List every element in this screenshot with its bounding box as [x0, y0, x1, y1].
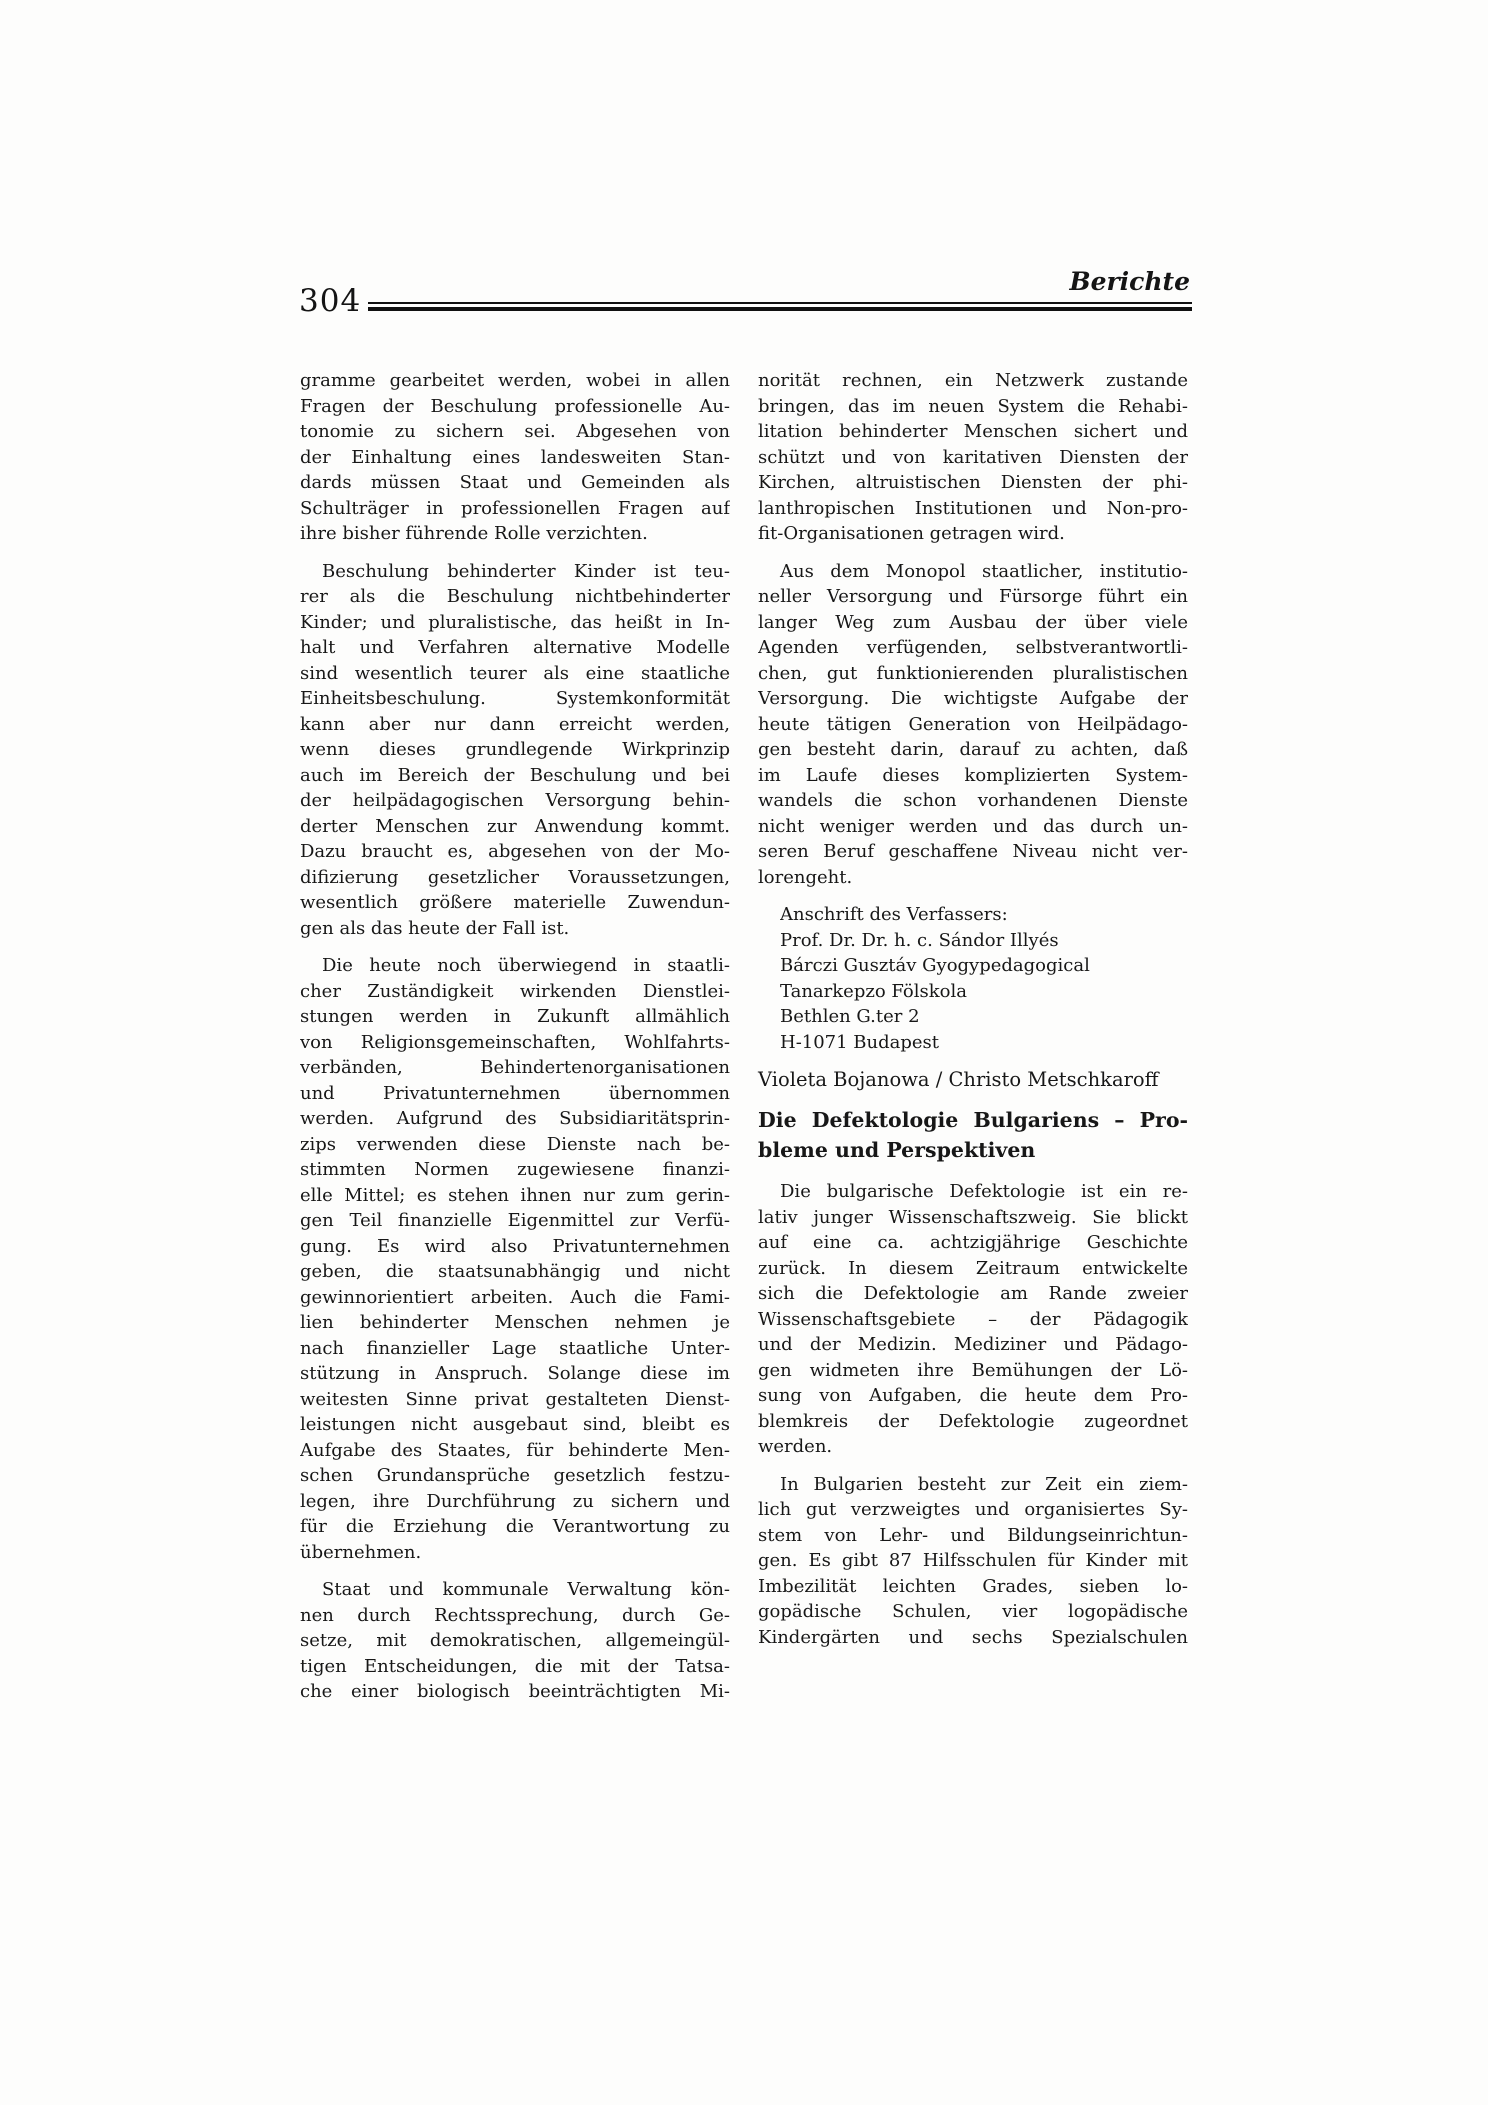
text-line: stungen werden in Zukunft allmählich [300, 1004, 730, 1030]
text-line: Staat und kommunale Verwaltung kön- [300, 1577, 730, 1603]
text-line: wesentlich größere materielle Zuwendun- [300, 890, 730, 916]
text-line: rer als die Beschulung nichtbehinderter [300, 584, 730, 610]
text-line: wenn dieses grundlegende Wirkprinzip [300, 737, 730, 763]
text-line: von Religionsgemeinschaften, Wohlfahrts- [300, 1030, 730, 1056]
text-line: wandels die schon vorhandenen Dienste [758, 788, 1188, 814]
paragraph: Beschulung behinderter Kinder ist teu-re… [300, 559, 730, 942]
text-line: gung. Es wird also Privatunternehmen [300, 1234, 730, 1260]
text-line: werden. Aufgrund des Subsidiaritätsprin- [300, 1106, 730, 1132]
text-line: Die bulgarische Defektologie ist ein re- [758, 1179, 1188, 1205]
text-line: elle Mittel; es stehen ihnen nur zum ger… [300, 1183, 730, 1209]
text-line: lorengeht. [758, 865, 1188, 891]
running-head: Berichte [1069, 268, 1190, 296]
text-line: Kirchen, altruistischen Diensten der phi… [758, 470, 1188, 496]
text-line: Prof. Dr. Dr. h. c. Sándor Illyés [780, 928, 1188, 954]
text-line: Agenden verfügenden, selbstverantwortli- [758, 635, 1188, 661]
text-line: dards müssen Staat und Gemeinden als [300, 470, 730, 496]
text-line: und Privatunternehmen übernommen [300, 1081, 730, 1107]
text-line: auf eine ca. achtzigjährige Geschichte [758, 1230, 1188, 1256]
text-line: Beschulung behinderter Kinder ist teu- [300, 559, 730, 585]
text-line: werden. [758, 1434, 1188, 1460]
text-line: Kinder; und pluralistische, das heißt in… [300, 610, 730, 636]
text-line: gramme gearbeitet werden, wobei in allen [300, 368, 730, 394]
text-line: Aufgabe des Staates, für behinderte Men- [300, 1438, 730, 1464]
paragraph: norität rechnen, ein Netzwerk zustandebr… [758, 368, 1188, 547]
text-line: gen widmeten ihre Bemühungen der Lö- [758, 1358, 1188, 1384]
text-line: stem von Lehr- und Bildungseinrichtun- [758, 1523, 1188, 1549]
journal-page-scan: 304 Berichte gramme gearbeitet werden, w… [0, 0, 1488, 2105]
text-line: H-1071 Budapest [780, 1030, 1188, 1056]
text-line: Wissenschaftsgebiete – der Pädagogik [758, 1307, 1188, 1333]
text-line: im Laufe dieses komplizierten System- [758, 763, 1188, 789]
paragraph: gramme gearbeitet werden, wobei in allen… [300, 368, 730, 547]
text-line: zurück. In diesem Zeitraum entwickelte [758, 1256, 1188, 1282]
text-line: zips verwenden diese Dienste nach be- [300, 1132, 730, 1158]
text-line: Anschrift des Verfassers: [780, 902, 1188, 928]
text-line: seren Beruf geschaffene Niveau nicht ver… [758, 839, 1188, 865]
text-line: Tanarkepzo Fölskola [780, 979, 1188, 1005]
text-line: gen. Es gibt 87 Hilfsschulen für Kinder … [758, 1548, 1188, 1574]
text-line: Bethlen G.ter 2 [780, 1004, 1188, 1030]
text-line: setze, mit demokratischen, allgemeingül- [300, 1628, 730, 1654]
author-address-block: Anschrift des Verfassers:Prof. Dr. Dr. h… [758, 902, 1188, 1055]
text-line: difizierung gesetzlicher Voraussetzungen… [300, 865, 730, 891]
text-line: für die Erziehung die Verantwortung zu [300, 1514, 730, 1540]
text-line: gen als das heute der Fall ist. [300, 916, 730, 942]
text-line: langer Weg zum Ausbau der über viele [758, 610, 1188, 636]
text-line: Imbezilität leichten Grades, sieben lo- [758, 1574, 1188, 1600]
text-line: nach finanzieller Lage staatliche Unter- [300, 1336, 730, 1362]
text-line: weitesten Sinne privat gestalteten Diens… [300, 1387, 730, 1413]
text-line: verbänden, Behindertenorganisationen [300, 1055, 730, 1081]
text-line: litation behinderter Menschen sichert un… [758, 419, 1188, 445]
header-rule [368, 302, 1192, 307]
right-column: norität rechnen, ein Netzwerk zustandebr… [758, 368, 1188, 1650]
text-line: geben, die staatsunabhängig und nicht [300, 1259, 730, 1285]
text-line: tigen Entscheidungen, die mit der Tatsa- [300, 1654, 730, 1680]
text-line: gewinnorientiert arbeiten. Auch die Fami… [300, 1285, 730, 1311]
text-line: bleme und Perspektiven [758, 1135, 1188, 1165]
text-line: nicht weniger werden und das durch un- [758, 814, 1188, 840]
article-byline: Violeta Bojanowa / Christo Metschkaroff [758, 1067, 1188, 1093]
text-line: Versorgung. Die wichtigste Aufgabe der [758, 686, 1188, 712]
text-line: lativ junger Wissenschaftszweig. Sie bli… [758, 1205, 1188, 1231]
text-line: sind wesentlich teurer als eine staatlic… [300, 661, 730, 687]
text-line: Dazu braucht es, abgesehen von der Mo- [300, 839, 730, 865]
text-line: schützt und von karitativen Diensten der [758, 445, 1188, 471]
paragraph: Aus dem Monopol staatlicher, institutio-… [758, 559, 1188, 891]
text-line: fit-Organisationen getragen wird. [758, 521, 1188, 547]
paragraph: Staat und kommunale Verwaltung kön-nen d… [300, 1577, 730, 1705]
text-line: heute tätigen Generation von Heilpädago- [758, 712, 1188, 738]
article-heading: Die Defektologie Bulgariens – Pro-bleme … [758, 1105, 1188, 1165]
text-line: ihre bisher führende Rolle verzichten. [300, 521, 730, 547]
text-line: Die Defektologie Bulgariens – Pro- [758, 1105, 1188, 1135]
text-line: bringen, das im neuen System die Rehabi- [758, 394, 1188, 420]
text-line: chen, gut funktionierenden pluralistisch… [758, 661, 1188, 687]
text-line: blemkreis der Defektologie zugeordnet [758, 1409, 1188, 1435]
text-line: Aus dem Monopol staatlicher, institutio- [758, 559, 1188, 585]
text-line: lich gut verzweigtes und organisiertes S… [758, 1497, 1188, 1523]
text-line: stimmten Normen zugewiesene finanzi- [300, 1157, 730, 1183]
text-line: cher Zuständigkeit wirkenden Dienstlei- [300, 979, 730, 1005]
text-line: Bárczi Gusztáv Gyogypedagogical [780, 953, 1188, 979]
text-line: lien behinderter Menschen nehmen je [300, 1310, 730, 1336]
text-line: gopädische Schulen, vier logopädische [758, 1599, 1188, 1625]
text-line: Kindergärten und sechs Spezialschulen [758, 1625, 1188, 1651]
text-line: der heilpädagogischen Versorgung behin- [300, 788, 730, 814]
paragraph: In Bulgarien besteht zur Zeit ein ziem-l… [758, 1472, 1188, 1651]
text-line: kann aber nur dann erreicht werden, [300, 712, 730, 738]
text-line: lanthropischen Institutionen und Non-pro… [758, 496, 1188, 522]
text-line: neller Versorgung und Fürsorge führt ein [758, 584, 1188, 610]
text-line: sich die Defektologie am Rande zweier [758, 1281, 1188, 1307]
text-line: derter Menschen zur Anwendung kommt. [300, 814, 730, 840]
text-line: gen Teil finanzielle Eigenmittel zur Ver… [300, 1208, 730, 1234]
text-line: Schulträger in professionellen Fragen au… [300, 496, 730, 522]
text-line: leistungen nicht ausgebaut sind, bleibt … [300, 1412, 730, 1438]
text-line: Einheitsbeschulung. Systemkonformität [300, 686, 730, 712]
text-line: übernehmen. [300, 1540, 730, 1566]
text-line: sung von Aufgaben, die heute dem Pro- [758, 1383, 1188, 1409]
text-line: und der Medizin. Mediziner und Pädago- [758, 1332, 1188, 1358]
text-line: norität rechnen, ein Netzwerk zustande [758, 368, 1188, 394]
text-line: che einer biologisch beeinträchtigten Mi… [300, 1679, 730, 1705]
page-number: 304 [299, 286, 361, 317]
text-line: Die heute noch überwiegend in staatli- [300, 953, 730, 979]
text-line: legen, ihre Durchführung zu sichern und [300, 1489, 730, 1515]
text-line: In Bulgarien besteht zur Zeit ein ziem- [758, 1472, 1188, 1498]
text-line: halt und Verfahren alternative Modelle [300, 635, 730, 661]
text-line: tonomie zu sichern sei. Abgesehen von [300, 419, 730, 445]
text-line: der Einhaltung eines landesweiten Stan- [300, 445, 730, 471]
text-line: schen Grundansprüche gesetzlich festzu- [300, 1463, 730, 1489]
text-line: auch im Bereich der Beschulung und bei [300, 763, 730, 789]
paragraph: Die bulgarische Defektologie ist ein re-… [758, 1179, 1188, 1460]
text-line: Fragen der Beschulung professionelle Au- [300, 394, 730, 420]
text-line: gen besteht darin, darauf zu achten, daß [758, 737, 1188, 763]
text-line: stützung in Anspruch. Solange diese im [300, 1361, 730, 1387]
paragraph: Die heute noch überwiegend in staatli-ch… [300, 953, 730, 1565]
left-column: gramme gearbeitet werden, wobei in allen… [300, 368, 730, 1705]
text-line: nen durch Rechtssprechung, durch Ge- [300, 1603, 730, 1629]
